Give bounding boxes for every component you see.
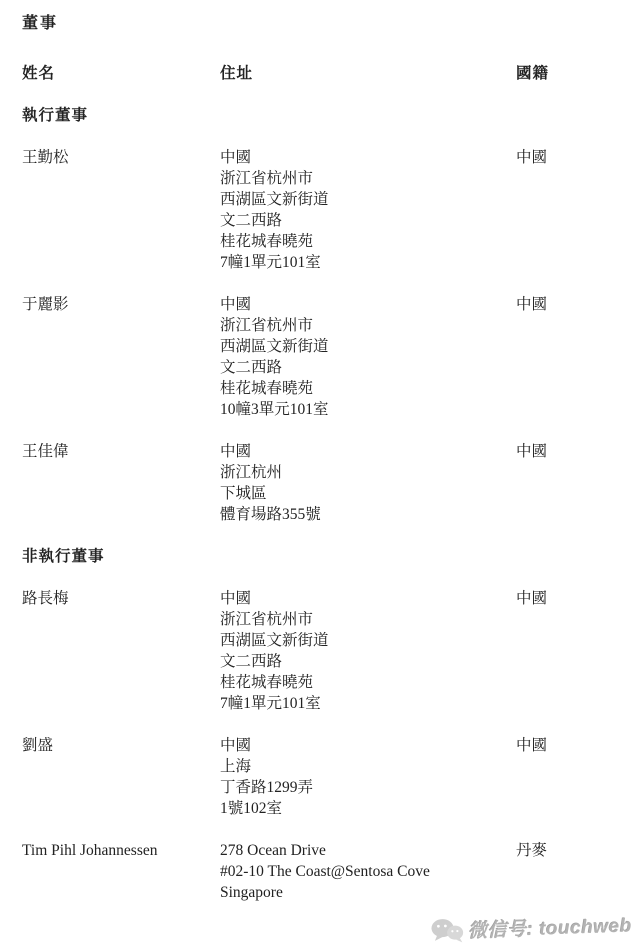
director-row: 劉盛中國上海丁香路1299弄1號102室中國 [22,735,640,819]
director-row: 路長梅中國浙江省杭州市西湖區文新街道文二西路桂花城春曉苑7幢1單元101室中國 [22,588,640,714]
address-line: 桂花城春曉苑 [220,231,516,252]
address-line: 西湖區文新街道 [220,630,516,651]
header-nationality: 國籍 [516,63,640,84]
director-row: 王勤松中國浙江省杭州市西湖區文新街道文二西路桂花城春曉苑7幢1單元101室中國 [22,147,640,273]
director-address: 中國浙江省杭州市西湖區文新街道文二西路桂花城春曉苑7幢1單元101室 [220,588,516,714]
director-address: 中國上海丁香路1299弄1號102室 [220,735,516,819]
director-name: 于麗影 [22,294,220,420]
director-name: 王佳偉 [22,441,220,525]
document-page: 董事 姓名 住址 國籍 執行董事王勤松中國浙江省杭州市西湖區文新街道文二西路桂花… [0,0,640,947]
address-line: #02-10 The Coast@Sentosa Cove [220,861,516,882]
address-line: 10幢3單元101室 [220,399,516,420]
address-line: 7幢1單元101室 [220,252,516,273]
watermark: 微信号: touchweb [430,910,633,944]
address-line: 體育場路355號 [220,504,516,525]
director-row: 于麗影中國浙江省杭州市西湖區文新街道文二西路桂花城春曉苑10幢3單元101室中國 [22,294,640,420]
address-line: 中國 [220,735,516,756]
director-nationality: 丹麥 [516,840,640,903]
address-line: 丁香路1299弄 [220,777,516,798]
director-address: 278 Ocean Drive#02-10 The Coast@Sentosa … [220,840,516,903]
address-line: 1號102室 [220,798,516,819]
watermark-text: 微信号: touchweb [468,910,633,943]
director-address: 中國浙江杭州下城區體育場路355號 [220,441,516,525]
director-row: 王佳偉中國浙江杭州下城區體育場路355號中國 [22,441,640,525]
director-name: 劉盛 [22,735,220,819]
director-nationality: 中國 [516,735,640,819]
director-nationality: 中國 [516,441,640,525]
director-nationality: 中國 [516,588,640,714]
address-line: 浙江省杭州市 [220,315,516,336]
address-line: 278 Ocean Drive [220,840,516,861]
address-line: 中國 [220,588,516,609]
address-line: 中國 [220,441,516,462]
director-row: Tim Pihl Johannessen278 Ocean Drive#02-1… [22,840,640,903]
table-header: 姓名 住址 國籍 [22,63,640,84]
director-nationality: 中國 [516,147,640,273]
address-line: Singapore [220,882,516,903]
director-address: 中國浙江省杭州市西湖區文新街道文二西路桂花城春曉苑7幢1單元101室 [220,147,516,273]
address-line: 下城區 [220,483,516,504]
director-address: 中國浙江省杭州市西湖區文新街道文二西路桂花城春曉苑10幢3單元101室 [220,294,516,420]
director-name: 王勤松 [22,147,220,273]
address-line: 浙江省杭州市 [220,609,516,630]
address-line: 中國 [220,294,516,315]
table-body: 執行董事王勤松中國浙江省杭州市西湖區文新街道文二西路桂花城春曉苑7幢1單元101… [22,105,640,903]
address-line: 7幢1單元101室 [220,693,516,714]
address-line: 上海 [220,756,516,777]
section-label: 非執行董事 [22,546,640,567]
address-line: 浙江省杭州市 [220,168,516,189]
address-line: 文二西路 [220,357,516,378]
section-label: 執行董事 [22,105,640,126]
address-line: 文二西路 [220,651,516,672]
header-address: 住址 [220,63,516,84]
address-line: 文二西路 [220,210,516,231]
address-line: 桂花城春曉苑 [220,672,516,693]
director-name: 路長梅 [22,588,220,714]
address-line: 桂花城春曉苑 [220,378,516,399]
wechat-icon [430,916,465,944]
director-nationality: 中國 [516,294,640,420]
header-name: 姓名 [22,63,220,84]
address-line: 浙江杭州 [220,462,516,483]
page-title: 董事 [22,13,640,34]
address-line: 中國 [220,147,516,168]
address-line: 西湖區文新街道 [220,336,516,357]
director-name: Tim Pihl Johannessen [22,840,220,903]
address-line: 西湖區文新街道 [220,189,516,210]
